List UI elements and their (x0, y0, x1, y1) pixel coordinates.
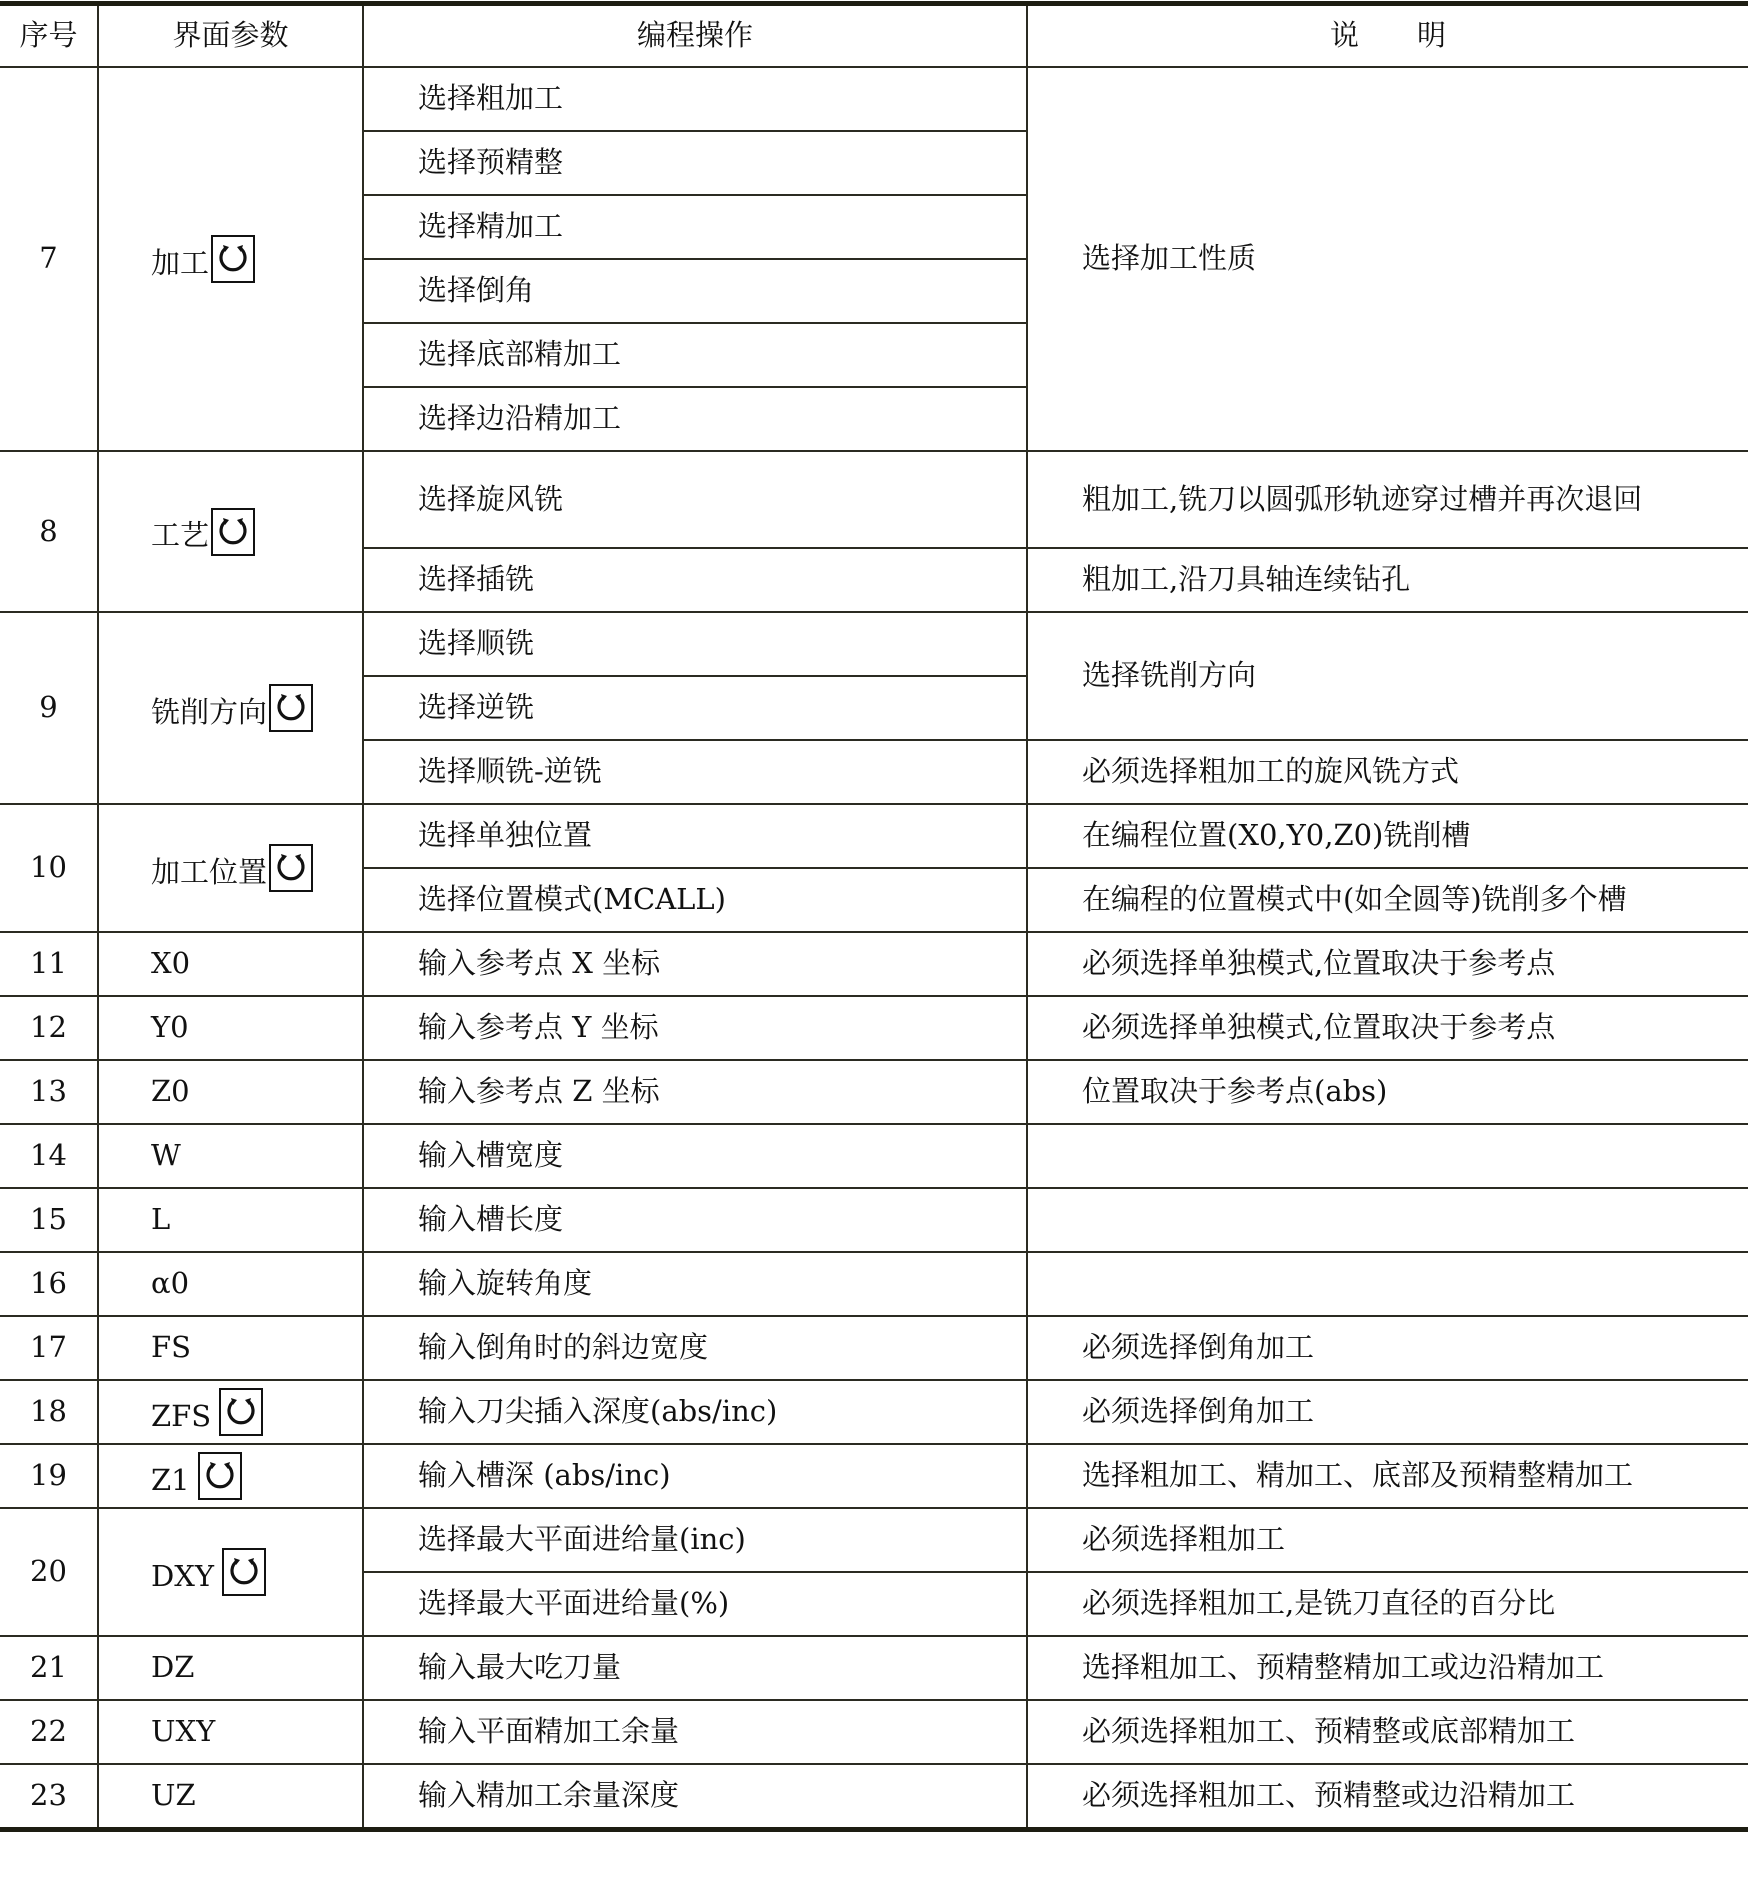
programming-operation: 选择预精整 (363, 131, 1027, 195)
operation-description (1027, 1188, 1748, 1252)
parameter-label-group: 铣削方向 (151, 684, 313, 732)
programming-operation: 输入槽深 (abs/inc) (363, 1444, 1027, 1508)
parameter-label: 工艺 (151, 516, 209, 555)
cycle-toggle-icon (269, 844, 313, 892)
row-index: 11 (0, 932, 98, 996)
table-row: 17FS输入倒角时的斜边宽度必须选择倒角加工 (0, 1316, 1748, 1380)
header-programming-operation: 编程操作 (363, 4, 1027, 68)
interface-parameter: DXY (98, 1508, 363, 1636)
parameter-label: X0 (151, 944, 190, 983)
parameter-label-group: UXY (151, 1712, 215, 1751)
parameter-label-group: Y0 (151, 1008, 189, 1047)
interface-parameter: Z0 (98, 1060, 363, 1124)
operation-description: 必须选择倒角加工 (1027, 1316, 1748, 1380)
operation-description: 必须选择倒角加工 (1027, 1380, 1748, 1444)
programming-operation: 选择顺铣-逆铣 (363, 740, 1027, 804)
interface-parameter: W (98, 1124, 363, 1188)
programming-operation: 选择最大平面进给量(%) (363, 1572, 1027, 1636)
table-row: 11X0输入参考点 X 坐标必须选择单独模式,位置取决于参考点 (0, 932, 1748, 996)
table-row: 19Z1输入槽深 (abs/inc)选择粗加工、精加工、底部及预精整精加工 (0, 1444, 1748, 1508)
programming-operation: 选择最大平面进给量(inc) (363, 1508, 1027, 1572)
parameter-label-group: 加工位置 (151, 844, 313, 892)
programming-operation: 选择插铣 (363, 548, 1027, 612)
parameter-label-group: W (151, 1136, 181, 1175)
row-index: 12 (0, 996, 98, 1060)
programming-operation: 输入槽长度 (363, 1188, 1027, 1252)
operation-description: 在编程位置(X0,Y0,Z0)铣削槽 (1027, 804, 1748, 868)
parameter-label: UXY (151, 1712, 215, 1751)
interface-parameter: ZFS (98, 1380, 363, 1444)
programming-operation: 选择旋风铣 (363, 451, 1027, 548)
parameter-label-group: Z0 (151, 1072, 190, 1111)
parameter-label-group: L (151, 1200, 170, 1239)
table-row: 8工艺选择旋风铣粗加工,铣刀以圆弧形轨迹穿过槽并再次退回 (0, 451, 1748, 548)
row-index: 7 (0, 67, 98, 451)
programming-operation: 输入刀尖插入深度(abs/inc) (363, 1380, 1027, 1444)
row-index: 17 (0, 1316, 98, 1380)
parameter-label: DXY (151, 1557, 214, 1596)
cycle-toggle-icon (211, 508, 255, 556)
interface-parameter: DZ (98, 1636, 363, 1700)
interface-parameter: FS (98, 1316, 363, 1380)
parameter-label-group: 工艺 (151, 508, 255, 556)
interface-parameter: Z1 (98, 1444, 363, 1508)
interface-parameter: 工艺 (98, 451, 363, 612)
parameter-label: α0 (151, 1264, 189, 1303)
parameter-label-group: α0 (151, 1264, 189, 1303)
operation-description: 必须选择粗加工,是铣刀直径的百分比 (1027, 1572, 1748, 1636)
row-index: 16 (0, 1252, 98, 1316)
operation-description: 选择粗加工、精加工、底部及预精整精加工 (1027, 1444, 1748, 1508)
operation-description: 选择铣削方向 (1027, 612, 1748, 740)
row-index: 20 (0, 1508, 98, 1636)
operation-description: 必须选择单独模式,位置取决于参考点 (1027, 996, 1748, 1060)
parameter-label-group: DXY (151, 1548, 266, 1596)
table-row: 9铣削方向选择顺铣选择铣削方向 (0, 612, 1748, 676)
programming-operation: 选择底部精加工 (363, 323, 1027, 387)
interface-parameter: 加工 (98, 67, 363, 451)
parameter-label: Z0 (151, 1072, 190, 1111)
cycle-toggle-icon (211, 235, 255, 283)
parameter-label: L (151, 1200, 170, 1239)
row-index: 14 (0, 1124, 98, 1188)
cycle-toggle-icon (198, 1452, 242, 1500)
interface-parameter: Y0 (98, 996, 363, 1060)
row-index: 19 (0, 1444, 98, 1508)
operation-description: 必须选择粗加工、预精整或底部精加工 (1027, 1700, 1748, 1764)
interface-parameter: UXY (98, 1700, 363, 1764)
programming-operation: 输入旋转角度 (363, 1252, 1027, 1316)
programming-operation: 选择倒角 (363, 259, 1027, 323)
programming-operation: 选择单独位置 (363, 804, 1027, 868)
cycle-toggle-icon (222, 1548, 266, 1596)
parameter-label-group: Z1 (151, 1452, 242, 1500)
table-row: 21DZ输入最大吃刀量选择粗加工、预精整精加工或边沿精加工 (0, 1636, 1748, 1700)
parameter-label-group: 加工 (151, 235, 255, 283)
row-index: 23 (0, 1764, 98, 1830)
operation-description: 必须选择单独模式,位置取决于参考点 (1027, 932, 1748, 996)
interface-parameter: L (98, 1188, 363, 1252)
programming-operation: 选择顺铣 (363, 612, 1027, 676)
row-index: 22 (0, 1700, 98, 1764)
table-row: 18ZFS输入刀尖插入深度(abs/inc)必须选择倒角加工 (0, 1380, 1748, 1444)
header-interface-parameter: 界面参数 (98, 4, 363, 68)
operation-description: 粗加工,铣刀以圆弧形轨迹穿过槽并再次退回 (1027, 451, 1748, 548)
interface-parameter: X0 (98, 932, 363, 996)
parameter-label: 铣削方向 (151, 693, 267, 732)
header-description: 说 明 (1027, 4, 1748, 68)
table-row: 22UXY输入平面精加工余量必须选择粗加工、预精整或底部精加工 (0, 1700, 1748, 1764)
table-row: 15L输入槽长度 (0, 1188, 1748, 1252)
table-row: 20DXY选择最大平面进给量(inc)必须选择粗加工 (0, 1508, 1748, 1572)
programming-operation: 输入参考点 Y 坐标 (363, 996, 1027, 1060)
table-header-row: 序号 界面参数 编程操作 说 明 (0, 4, 1748, 68)
programming-operation: 输入参考点 Z 坐标 (363, 1060, 1027, 1124)
row-index: 9 (0, 612, 98, 804)
operation-description: 选择粗加工、预精整精加工或边沿精加工 (1027, 1636, 1748, 1700)
operation-description: 必须选择粗加工的旋风铣方式 (1027, 740, 1748, 804)
programming-operation: 输入槽宽度 (363, 1124, 1027, 1188)
operation-description: 必须选择粗加工、预精整或边沿精加工 (1027, 1764, 1748, 1830)
parameter-table: 序号 界面参数 编程操作 说 明 7加工选择粗加工选择加工性质选择预精整选择精加… (0, 1, 1748, 1832)
row-index: 18 (0, 1380, 98, 1444)
programming-operation: 选择逆铣 (363, 676, 1027, 740)
operation-description: 粗加工,沿刀具轴连续钻孔 (1027, 548, 1748, 612)
table-row: 16α0输入旋转角度 (0, 1252, 1748, 1316)
interface-parameter: 加工位置 (98, 804, 363, 932)
parameter-label-group: X0 (151, 944, 190, 983)
row-index: 21 (0, 1636, 98, 1700)
parameter-label: W (151, 1136, 181, 1175)
operation-description: 位置取决于参考点(abs) (1027, 1060, 1748, 1124)
programming-operation: 选择精加工 (363, 195, 1027, 259)
operation-description (1027, 1252, 1748, 1316)
operation-description (1027, 1124, 1748, 1188)
interface-parameter: UZ (98, 1764, 363, 1830)
parameter-label: UZ (151, 1776, 196, 1815)
parameter-label: Y0 (151, 1008, 189, 1047)
parameter-label-group: ZFS (151, 1388, 263, 1436)
programming-operation: 选择位置模式(MCALL) (363, 868, 1027, 932)
table-row: 14W输入槽宽度 (0, 1124, 1748, 1188)
table-row: 7加工选择粗加工选择加工性质 (0, 67, 1748, 131)
header-index: 序号 (0, 4, 98, 68)
row-index: 15 (0, 1188, 98, 1252)
parameter-label: DZ (151, 1648, 194, 1687)
parameter-label: FS (151, 1328, 191, 1367)
programming-operation: 输入倒角时的斜边宽度 (363, 1316, 1027, 1380)
parameter-label: ZFS (151, 1397, 211, 1436)
programming-operation: 输入平面精加工余量 (363, 1700, 1027, 1764)
table-row: 13Z0输入参考点 Z 坐标位置取决于参考点(abs) (0, 1060, 1748, 1124)
row-index: 10 (0, 804, 98, 932)
parameter-label: 加工位置 (151, 853, 267, 892)
table-row: 12Y0输入参考点 Y 坐标必须选择单独模式,位置取决于参考点 (0, 996, 1748, 1060)
parameter-label-group: UZ (151, 1776, 196, 1815)
programming-operation: 输入参考点 X 坐标 (363, 932, 1027, 996)
row-index: 8 (0, 451, 98, 612)
operation-description: 必须选择粗加工 (1027, 1508, 1748, 1572)
interface-parameter: α0 (98, 1252, 363, 1316)
row-index: 13 (0, 1060, 98, 1124)
parameter-label: Z1 (151, 1461, 190, 1500)
operation-description: 在编程的位置模式中(如全圆等)铣削多个槽 (1027, 868, 1748, 932)
programming-operation: 选择边沿精加工 (363, 387, 1027, 451)
table-row: 10加工位置选择单独位置在编程位置(X0,Y0,Z0)铣削槽 (0, 804, 1748, 868)
programming-operation: 输入最大吃刀量 (363, 1636, 1027, 1700)
parameter-label: 加工 (151, 244, 209, 283)
parameter-label-group: FS (151, 1328, 191, 1367)
table-row: 23UZ输入精加工余量深度必须选择粗加工、预精整或边沿精加工 (0, 1764, 1748, 1830)
programming-operation: 输入精加工余量深度 (363, 1764, 1027, 1830)
programming-operation: 选择粗加工 (363, 67, 1027, 131)
parameter-label-group: DZ (151, 1648, 194, 1687)
cycle-toggle-icon (269, 684, 313, 732)
operation-description: 选择加工性质 (1027, 67, 1748, 451)
interface-parameter: 铣削方向 (98, 612, 363, 804)
cycle-toggle-icon (219, 1388, 263, 1436)
